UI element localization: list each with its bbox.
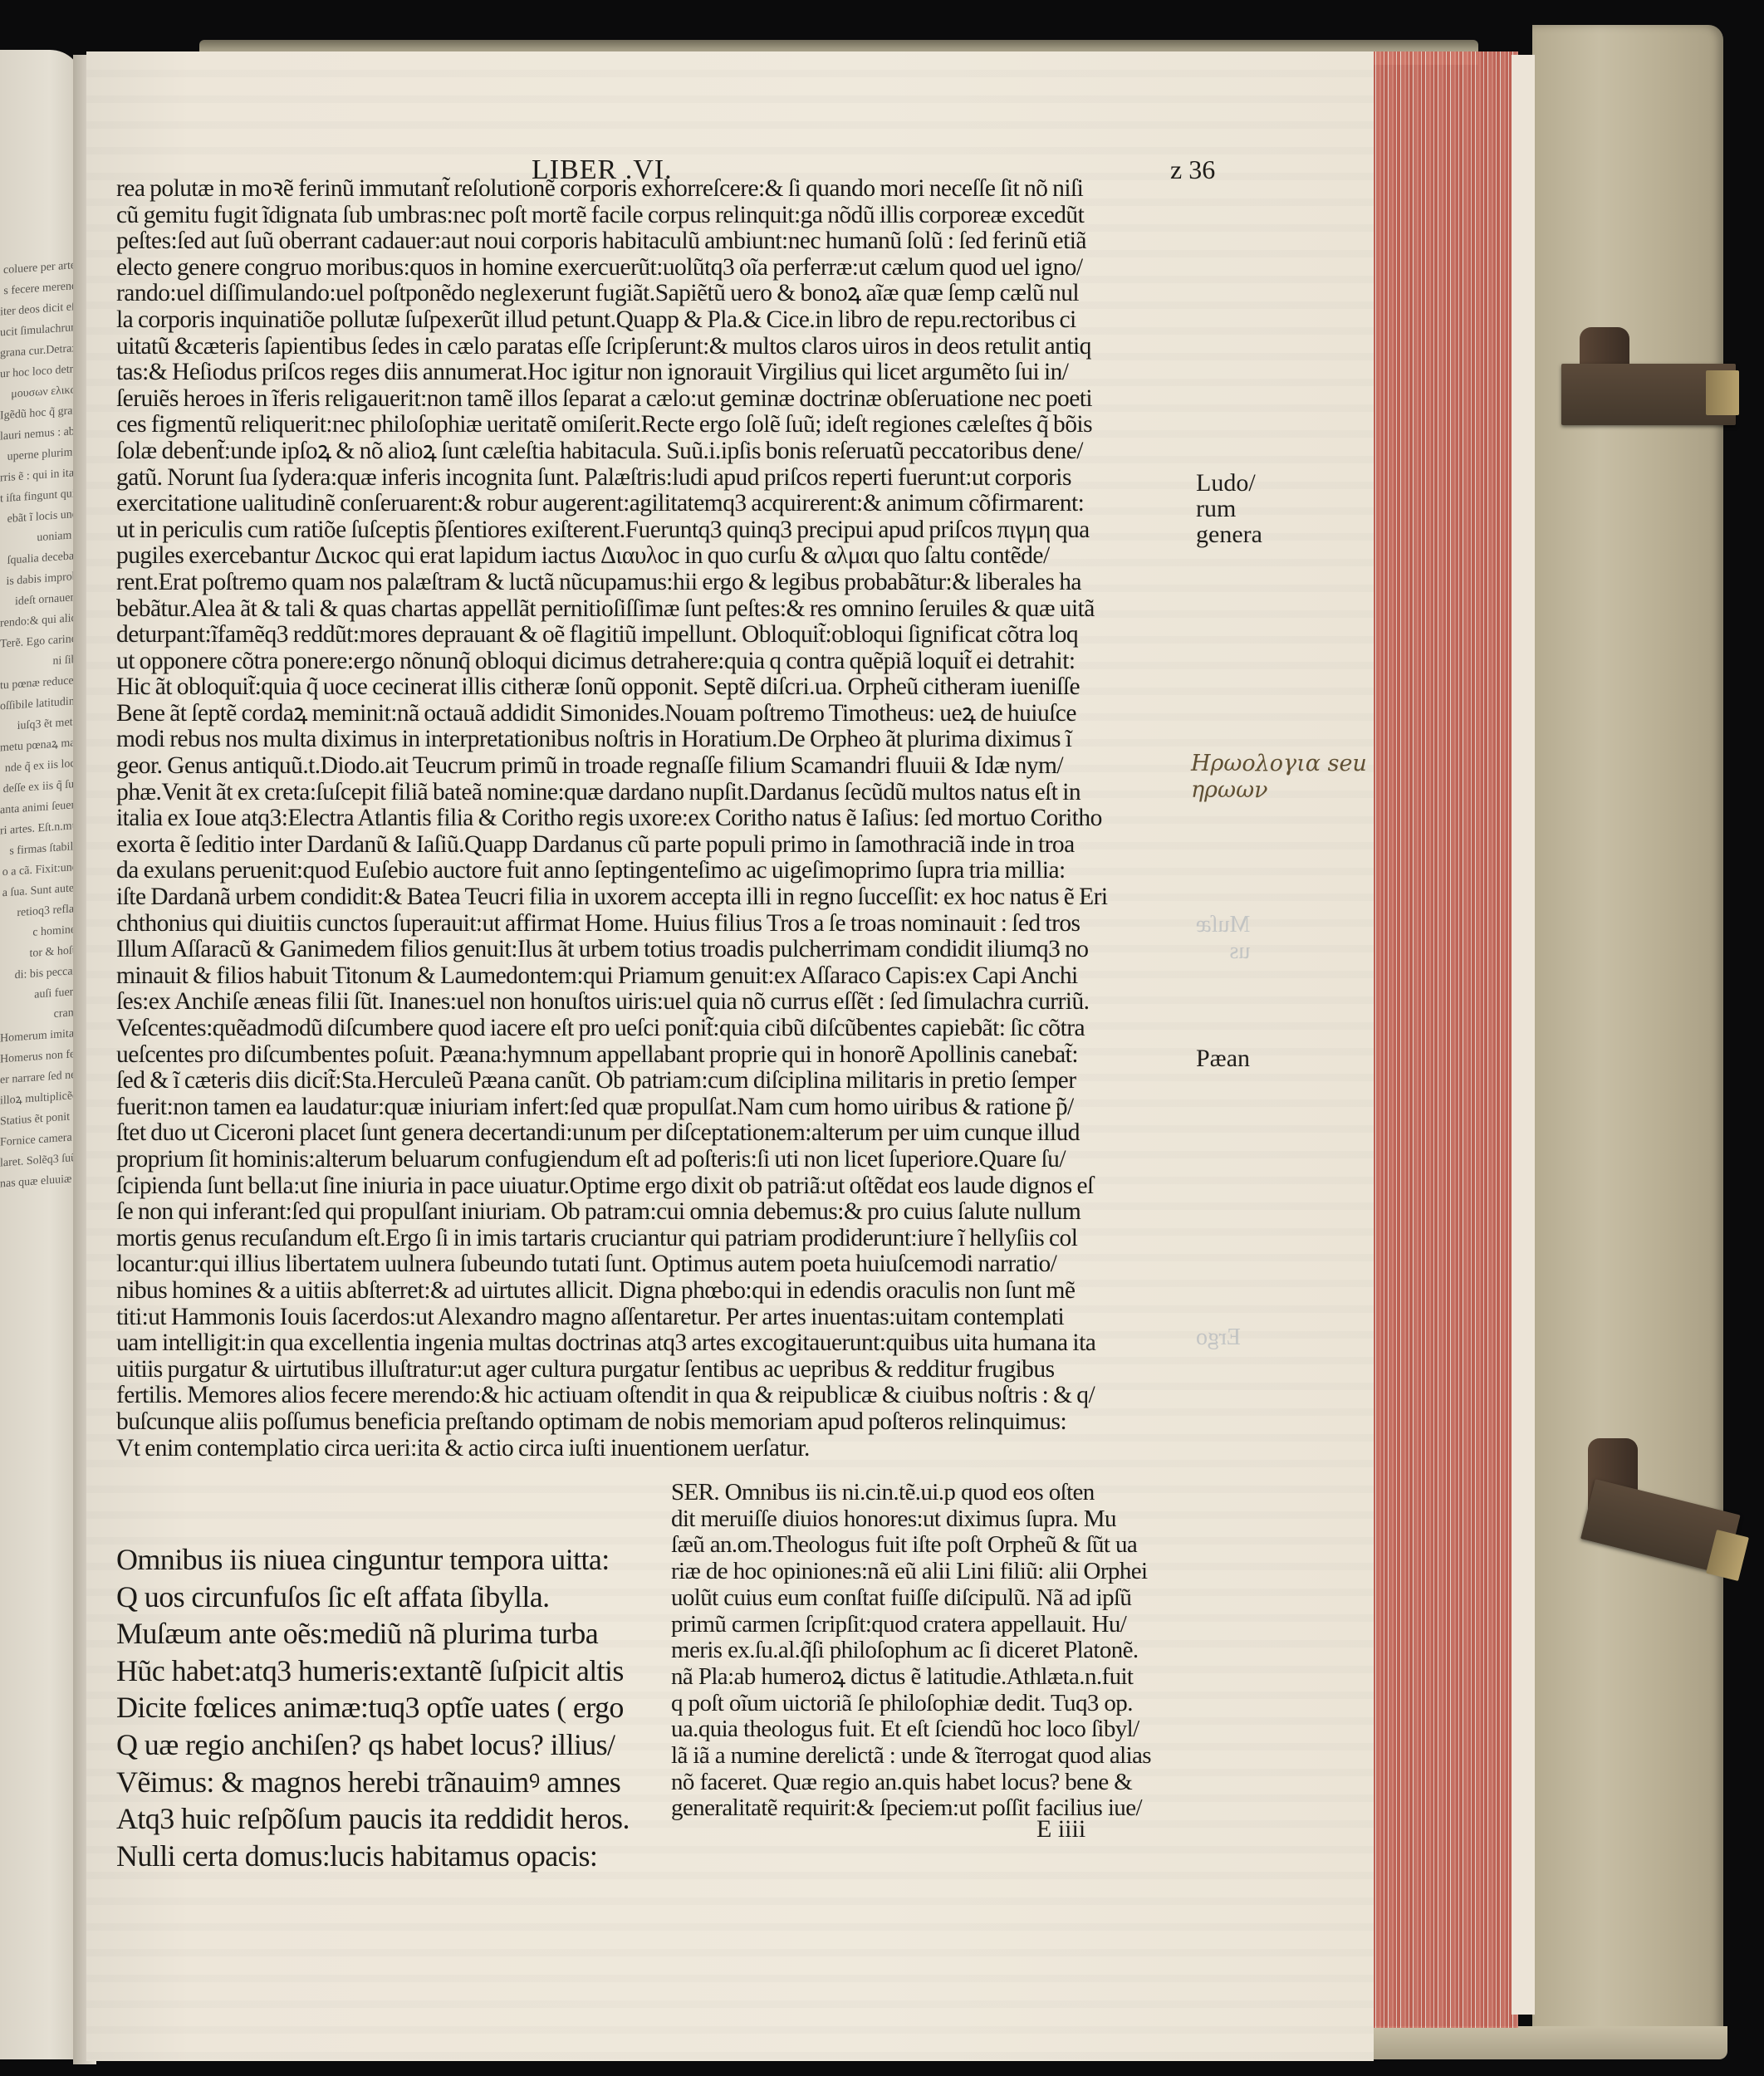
commentary-line: cũ gemitu fugit ĩdignata ſub umbras:nec … — [116, 203, 1213, 229]
marginal-line: genera — [1196, 521, 1262, 547]
commentary-line: chthonius qui diuitiis cunctos ſuperauit… — [116, 911, 1213, 938]
commentary-line: Bene ãt ſeptẽ cordaꝝ meminit:nã octauã a… — [116, 701, 1213, 727]
commentary-line: ſed & ĩ cæteris diis dicit̃:Sta.Herculeũ… — [116, 1068, 1213, 1094]
vellum-cover-board — [1532, 25, 1723, 2051]
commentary-line: italia ex Ioue atq3:Electra Atlantis fil… — [116, 805, 1213, 832]
red-stained-fore-edge — [1369, 51, 1518, 2028]
servius-line: nõ faceret. Quæ regio an.quis habet locu… — [671, 1770, 1219, 1796]
commentary-line: ſtet duo ut Ciceroni placet ſunt genera … — [116, 1120, 1213, 1147]
servius-line: meris ex.ſu.al.q̃ſi philoſophum ac ſi di… — [671, 1638, 1219, 1664]
marginal-note-ludorum-genera: Ludo/rumgenera — [1196, 470, 1262, 547]
commentary-line: ſeruiẽs heroes in ĩferis religauerit:non… — [116, 386, 1213, 413]
servius-commentary-block: SER. Omnibus iis ni.cin.tẽ.ui.p quod eos… — [671, 1480, 1219, 1822]
marginal-note-paean: Pæan — [1196, 1045, 1250, 1071]
commentary-line: mortis genus recuſandum eſt.Ergo ſi in i… — [116, 1226, 1213, 1252]
commentary-line: electo genere congruo moribus:quos in ho… — [116, 255, 1213, 282]
show-through-note-ergo: Ergo — [1196, 1324, 1241, 1351]
verse-line: Dicite fœlices animæ:tuq3 optĩe uates ( … — [116, 1689, 631, 1726]
verso-text-fragments: coluere per artes,s fecere merendoiter d… — [0, 255, 83, 1195]
commentary-line: buſcunque aliis poſſumus beneficia preſt… — [116, 1409, 1213, 1436]
commentary-line: Illum Aſſaracũ & Ganimedem filios genuit… — [116, 937, 1213, 963]
commentary-line: modi rebus nos multa diximus in interpre… — [116, 727, 1213, 753]
servius-line: ua.quia theologus fuit. Et eſt ſciendũ h… — [671, 1716, 1219, 1743]
commentary-line: peſtes:ſed aut ſuũ oberrant cadauer:aut … — [116, 228, 1213, 255]
commentary-line: phæ.Venit ãt ex creta:ſuſcepit filiã bat… — [116, 780, 1213, 806]
manuscript-line: Ηρωολογια seu — [1191, 751, 1374, 777]
ghost-line: us — [1196, 938, 1250, 965]
servius-line: lã iã a numine derelictã : unde & ĩterro… — [671, 1743, 1219, 1770]
verse-line: Q uos circunfuſos ſic eſt affata ſibylla… — [116, 1579, 631, 1616]
verse-line: Nulli certa domus:lucis habitamus opacis… — [116, 1838, 631, 1875]
commentary-line: titi:ut Hammonis Iouis ſacerdos:ut Alexa… — [116, 1305, 1213, 1331]
page-block-edge — [1512, 55, 1535, 2015]
handwritten-marginal-annotation: Ηρωολογια seuηρωων — [1191, 751, 1374, 804]
marginal-line: Ludo/ — [1196, 470, 1262, 496]
ghost-line: Muſæ — [1196, 912, 1250, 938]
servius-line: dit meruiſſe diuios honores:ut diximus ſ… — [671, 1506, 1219, 1533]
commentary-line: uitatũ &cæteris ſapientibus ſedes in cæl… — [116, 334, 1213, 360]
commentary-line: Vt enim contemplatio circa ueri:ita & ac… — [116, 1436, 1213, 1462]
recto-page: LIBER .VI. z 36 rea polutæ in moꝛẽ ferin… — [86, 51, 1374, 2061]
verse-line: Q uæ regio anchiſen? qs habet locus? ill… — [116, 1726, 631, 1764]
commentary-line: iſte Dardanã urbem condidit:& Batea Teuc… — [116, 884, 1213, 911]
commentary-line: ut in periculis cum ratiõe ſuſceptis p̃ſ… — [116, 517, 1213, 544]
verse-line: Atq3 huic reſpõſum paucis ita reddidit h… — [116, 1800, 631, 1838]
commentary-line: tas:& Heſiodus priſcos reges diis annume… — [116, 360, 1213, 386]
commentary-line: ſe non qui inferant:ſed qui propulſant i… — [116, 1199, 1213, 1226]
commentary-line: deturpant:ĩfamẽq3 reddũt:mores deprauant… — [116, 622, 1213, 649]
commentary-line: ſcipienda ſunt bella:ut ſine iniuria in … — [116, 1173, 1213, 1200]
marginal-line: rum — [1196, 496, 1262, 521]
verso-page-fragment: coluere per artes,s fecere merendoiter d… — [0, 50, 83, 2059]
servius-line: ſæũ an.om.Theologus fuit iſte poſt Orphe… — [671, 1532, 1219, 1559]
servius-line: primũ carmen ſcripſit:quod cratera appel… — [671, 1612, 1219, 1638]
commentary-line: la corporis inquinatiõe pollutæ ſuſpexer… — [116, 307, 1213, 334]
commentary-line: fuerit:non tamen ea laudatur:quæ iniuria… — [116, 1094, 1213, 1121]
verse-block: Omnibus iis niuea cinguntur tempora uitt… — [116, 1541, 631, 1874]
ghost-line: Ergo — [1196, 1324, 1241, 1351]
commentary-line: Hic ãt obloquit̃:quia q̃ uoce cecinerat … — [116, 674, 1213, 701]
commentary-line: gatũ. Norunt ſua ſydera:quæ inferis inco… — [116, 465, 1213, 492]
commentary-line: rea polutæ in moꝛẽ ferinũ immutant̃ reſo… — [116, 176, 1213, 203]
commentary-line: proprium ſit hominis:alterum beluarum co… — [116, 1147, 1213, 1173]
clasp-brass-tip-top — [1706, 370, 1739, 415]
commentary-line: ſes:ex Anchiſe æneas filii ſũt. Inanes:u… — [116, 989, 1213, 1016]
commentary-line: exorta ẽ ſeditio inter Dardanũ & Iaſiũ.Q… — [116, 832, 1213, 859]
manuscript-line: ηρωων — [1191, 777, 1374, 804]
commentary-line: ueſcentes pro diſcumbentes poſuit. Pæana… — [116, 1042, 1213, 1069]
signature-mark: E iiii — [1036, 1815, 1085, 1843]
commentary-line: Veſcentes:quẽadmodũ diſcumbere quod iace… — [116, 1016, 1213, 1042]
commentary-line: exercitatione ualitudinẽ conſeruarent:& … — [116, 491, 1213, 517]
commentary-line: uitiis purgatur & uirtutibus illuſtratur… — [116, 1357, 1213, 1383]
servius-line: SER. Omnibus iis ni.cin.tẽ.ui.p quod eos… — [671, 1480, 1219, 1506]
verse-line: Hũc habet:atq3 humeris:extantẽ ſuſpicit … — [116, 1652, 631, 1690]
commentary-line: bebãtur.Alea ãt & tali & quas chartas ap… — [116, 596, 1213, 623]
verse-line: Vẽimus: & magnos herebi trãnauimꝰ amnes — [116, 1764, 631, 1801]
commentary-line: ces figmentũ reliquerit:nec philoſophiæ … — [116, 412, 1213, 438]
servius-line: generalitatẽ requirit:& ſpeciem:ut poſſi… — [671, 1795, 1219, 1822]
commentary-block: rea polutæ in moꝛẽ ferinũ immutant̃ reſo… — [116, 176, 1213, 1462]
commentary-line: locantur:qui illius libertatem uulnera ſ… — [116, 1251, 1213, 1278]
marginal-line: Pæan — [1196, 1045, 1250, 1071]
commentary-line: geor. Genus antiquũ.t.Diodo.ait Teucrum … — [116, 753, 1213, 780]
commentary-line: rando:uel diſſimulando:uel poſtponẽdo ne… — [116, 281, 1213, 307]
verse-line: Muſæum ante oẽs:mediũ nã plurima turba — [116, 1615, 631, 1652]
servius-line: uolũt cuius eum conſtat fuiſſe diſcipulũ… — [671, 1585, 1219, 1612]
commentary-line: fertilis. Memores alios fecere merendo:&… — [116, 1383, 1213, 1409]
commentary-line: minauit & filios habuit Titonum & Laumed… — [116, 963, 1213, 990]
commentary-line: rent.Erat poſtremo quam nos palæſtram & … — [116, 570, 1213, 596]
commentary-line: nibus homines & a uitiis abſterret:& ad … — [116, 1278, 1213, 1305]
servius-line: riæ de hoc opiniones:nã eũ alii Lini fil… — [671, 1559, 1219, 1585]
commentary-line: uam intelligit:in qua excellentia ingeni… — [116, 1330, 1213, 1357]
verse-line: Omnibus iis niuea cinguntur tempora uitt… — [116, 1541, 631, 1579]
commentary-line: ut opponere cõtra ponere:ergo nõnunq̃ ob… — [116, 649, 1213, 675]
commentary-line: da exulans peruenit:quod Euſebio auctore… — [116, 858, 1213, 884]
servius-line: nã Pla:ab humeroꝝ dictus ẽ latitudie.Ath… — [671, 1664, 1219, 1691]
commentary-line: ſolæ debent̃:unde ipſoꝝ & nõ alioꝝ ſunt … — [116, 438, 1213, 465]
servius-line: q poſt oĩum uictoriã ſe philoſophiæ dedi… — [671, 1691, 1219, 1717]
commentary-line: pugiles exercebantur Διϲκοϲ qui erat lap… — [116, 543, 1213, 570]
show-through-note-musaeus: Muſæus — [1196, 912, 1250, 965]
